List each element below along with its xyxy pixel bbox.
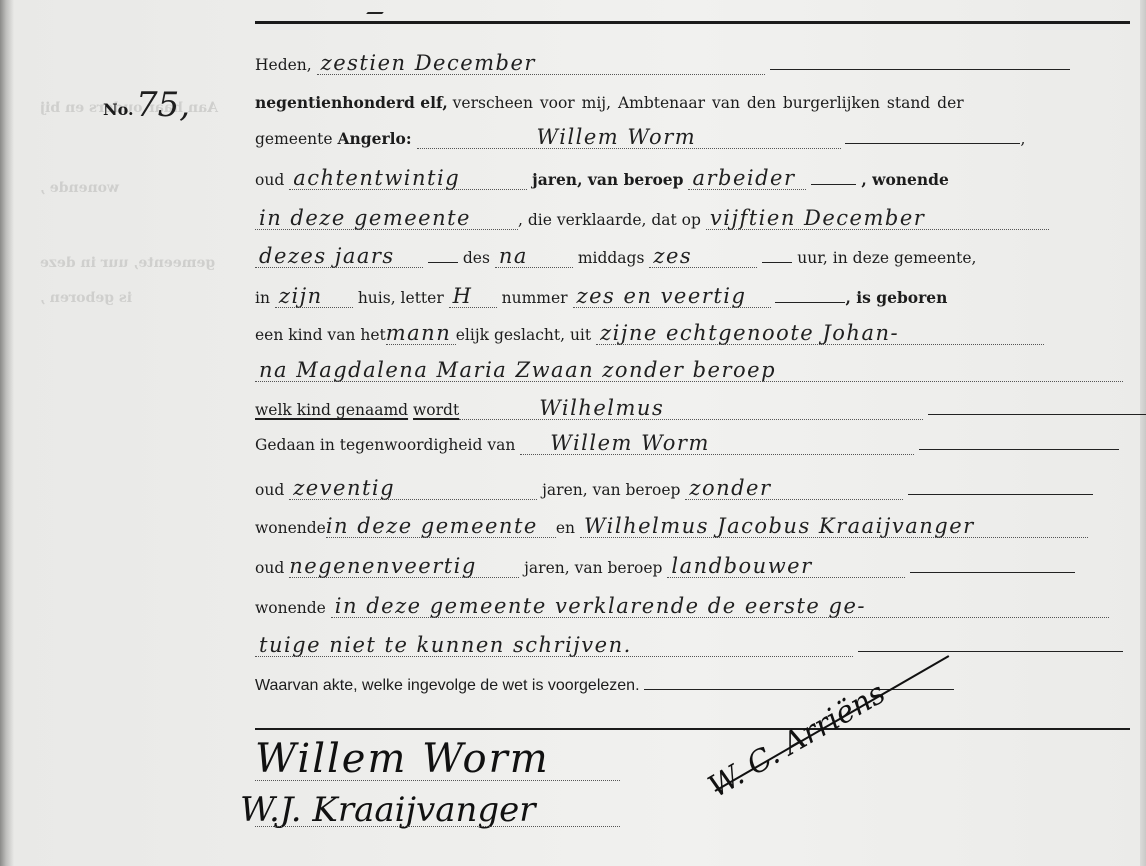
- handwritten-residence: in deze gemeente: [255, 207, 518, 230]
- handwritten-time-of-day: na: [495, 245, 573, 268]
- printed-text: jaren, van beroep: [524, 559, 662, 577]
- handwritten-witness-1-age: zeventig: [289, 477, 537, 500]
- printed-text: , die verklaarde, dat op: [518, 211, 701, 229]
- printed-closing: Waarvan akte, welke ingevolge de wet is …: [255, 677, 640, 694]
- handwritten-residence-remark: in deze gemeente verklarende de eerste g…: [331, 595, 1109, 618]
- fill-dash: [908, 482, 1093, 495]
- handwritten-child-name: Wilhelmus: [459, 397, 923, 420]
- printed-text: oud: [255, 559, 284, 577]
- record-line-10: welk kind genaamd wordtWilhelmus: [255, 395, 1131, 425]
- record-line-1: Heden, zestien December: [255, 50, 1131, 80]
- record-line-17: Waarvan akte, welke ingevolge de wet is …: [255, 670, 1131, 700]
- municipality-name: Angerlo:: [337, 129, 411, 148]
- handwritten-mother-continued: na Magdalena Maria Zwaan zonder beroep: [255, 359, 1123, 382]
- signature-rule: [255, 728, 1130, 730]
- handwritten-witness-1: Willem Worm: [520, 432, 914, 455]
- handwritten-remark-continued: tuige niet te kunnen schrijven.: [255, 634, 853, 657]
- handwritten-declarant: Willem Worm: [417, 126, 841, 149]
- printed-text: middags: [578, 249, 645, 267]
- fill-dash: [811, 172, 856, 185]
- record-line-4: oud achtentwintig jaren, van beroep arbe…: [255, 165, 1131, 195]
- fill-dash: [928, 402, 1146, 415]
- top-rule: [255, 21, 1130, 24]
- printed-text: Gedaan in tegenwoordigheid van: [255, 436, 515, 454]
- printed-year: negentienhonderd elf,: [255, 93, 448, 112]
- record-line-3: gemeente Angerlo: Willem Worm ,: [255, 124, 1131, 154]
- record-line-8: een kind van hetmannelijk geslacht, uit …: [255, 320, 1131, 350]
- handwritten-year: dezes jaars: [255, 245, 423, 268]
- printed-text: jaren, van beroep: [532, 170, 683, 189]
- handwriting-fragment: [366, 0, 394, 14]
- printed-text: wonende: [255, 519, 326, 537]
- handwritten-witness-2-age: negenenveertig: [289, 555, 519, 578]
- record-number: 75,: [136, 85, 190, 125]
- record-line-5: in deze gemeente, die verklaarde, dat op…: [255, 205, 1131, 235]
- handwritten-mother: zijne echtgenoote Johan-: [596, 322, 1044, 345]
- fill-dash: [919, 437, 1119, 450]
- fill-dash: [910, 560, 1075, 573]
- page-edge: [1140, 0, 1146, 866]
- printed-text: in: [255, 289, 270, 307]
- printed-is-born: , is geboren: [845, 288, 947, 307]
- printed-text: , wonende: [861, 170, 949, 189]
- printed-text: des: [463, 249, 490, 267]
- record-line-2: negentienhonderd elf, verscheen voor mij…: [255, 88, 1131, 118]
- printed-text: Heden,: [255, 56, 312, 74]
- bleed-through-text: gemeente, uur in deze: [40, 255, 215, 271]
- record-line-13: wonendein deze gemeenteen Wilhelmus Jaco…: [255, 513, 1131, 543]
- fill-dash: [428, 250, 458, 263]
- printed-text: jaren, van beroep: [542, 481, 680, 499]
- handwritten-witness-2: Wilhelmus Jacobus Kraaijvanger: [580, 515, 1088, 538]
- printed-text: wordt: [413, 401, 459, 419]
- record-line-16: tuige niet te kunnen schrijven.: [255, 632, 1131, 662]
- printed-text: ,: [1020, 130, 1025, 148]
- record-line-12: oud zeventig jaren, van beroep zonder: [255, 475, 1131, 505]
- fill-dash: [762, 250, 792, 263]
- printed-text: oud: [255, 481, 284, 499]
- printed-text: elijk geslacht, uit: [456, 326, 591, 344]
- signature-witness-2: W.J. Kraaijvanger: [240, 790, 536, 830]
- handwritten-hour: zes: [649, 245, 757, 268]
- handwritten-sex: mann: [386, 322, 456, 345]
- signature-declarant: Willem Worm: [255, 736, 550, 782]
- signature-line: [255, 780, 620, 781]
- handwritten-house-number: zes en veertig: [573, 285, 771, 308]
- printed-text: verscheen voor mij, Ambtenaar van den bu…: [453, 94, 964, 112]
- printed-text: uur, in deze gemeente,: [797, 249, 976, 267]
- handwritten-witness-1-residence: in deze gemeente: [326, 515, 556, 538]
- record-number-label: No.: [103, 100, 134, 119]
- printed-text: gemeente: [255, 130, 333, 148]
- handwritten-age: achtentwintig: [289, 167, 527, 190]
- fill-dash: [775, 290, 845, 303]
- handwritten-date: zestien December: [317, 52, 765, 75]
- handwritten-occupation: arbeider: [688, 167, 806, 190]
- handwritten-birth-date: vijftien December: [706, 207, 1049, 230]
- record-line-15: wonende in deze gemeente verklarende de …: [255, 593, 1131, 623]
- printed-text: en: [556, 519, 575, 537]
- record-line-14: oud negenenveertig jaren, van beroep lan…: [255, 553, 1131, 583]
- document-page: Aan haar ouders en bij wonende , gemeent…: [0, 0, 1146, 866]
- fill-dash: [845, 131, 1020, 144]
- printed-text: een kind van het: [255, 326, 386, 344]
- fill-dash: [770, 57, 1070, 70]
- printed-text: nummer: [502, 289, 568, 307]
- record-line-9: na Magdalena Maria Zwaan zonder beroep: [255, 357, 1131, 387]
- record-line-11: Gedaan in tegenwoordigheid van Willem Wo…: [255, 430, 1131, 460]
- printed-text: huis, letter: [358, 289, 444, 307]
- handwritten-witness-2-occupation: landbouwer: [667, 555, 905, 578]
- record-line-7: in zijn huis, letter H nummer zes en vee…: [255, 283, 1131, 313]
- handwritten-text: zijn: [275, 285, 353, 308]
- signature-line: [255, 826, 620, 827]
- handwritten-house-letter: H: [449, 285, 497, 308]
- printed-text: welk kind genaamd: [255, 401, 408, 419]
- record-line-6: dezes jaars des na middags zes uur, in d…: [255, 243, 1131, 273]
- handwritten-witness-1-occupation: zonder: [685, 477, 903, 500]
- bleed-through-text: is geboren ,: [40, 290, 132, 306]
- printed-text: oud: [255, 171, 284, 189]
- bleed-through-text: wonende ,: [40, 180, 119, 196]
- fill-dash: [858, 639, 1123, 652]
- printed-text: wonende: [255, 599, 326, 617]
